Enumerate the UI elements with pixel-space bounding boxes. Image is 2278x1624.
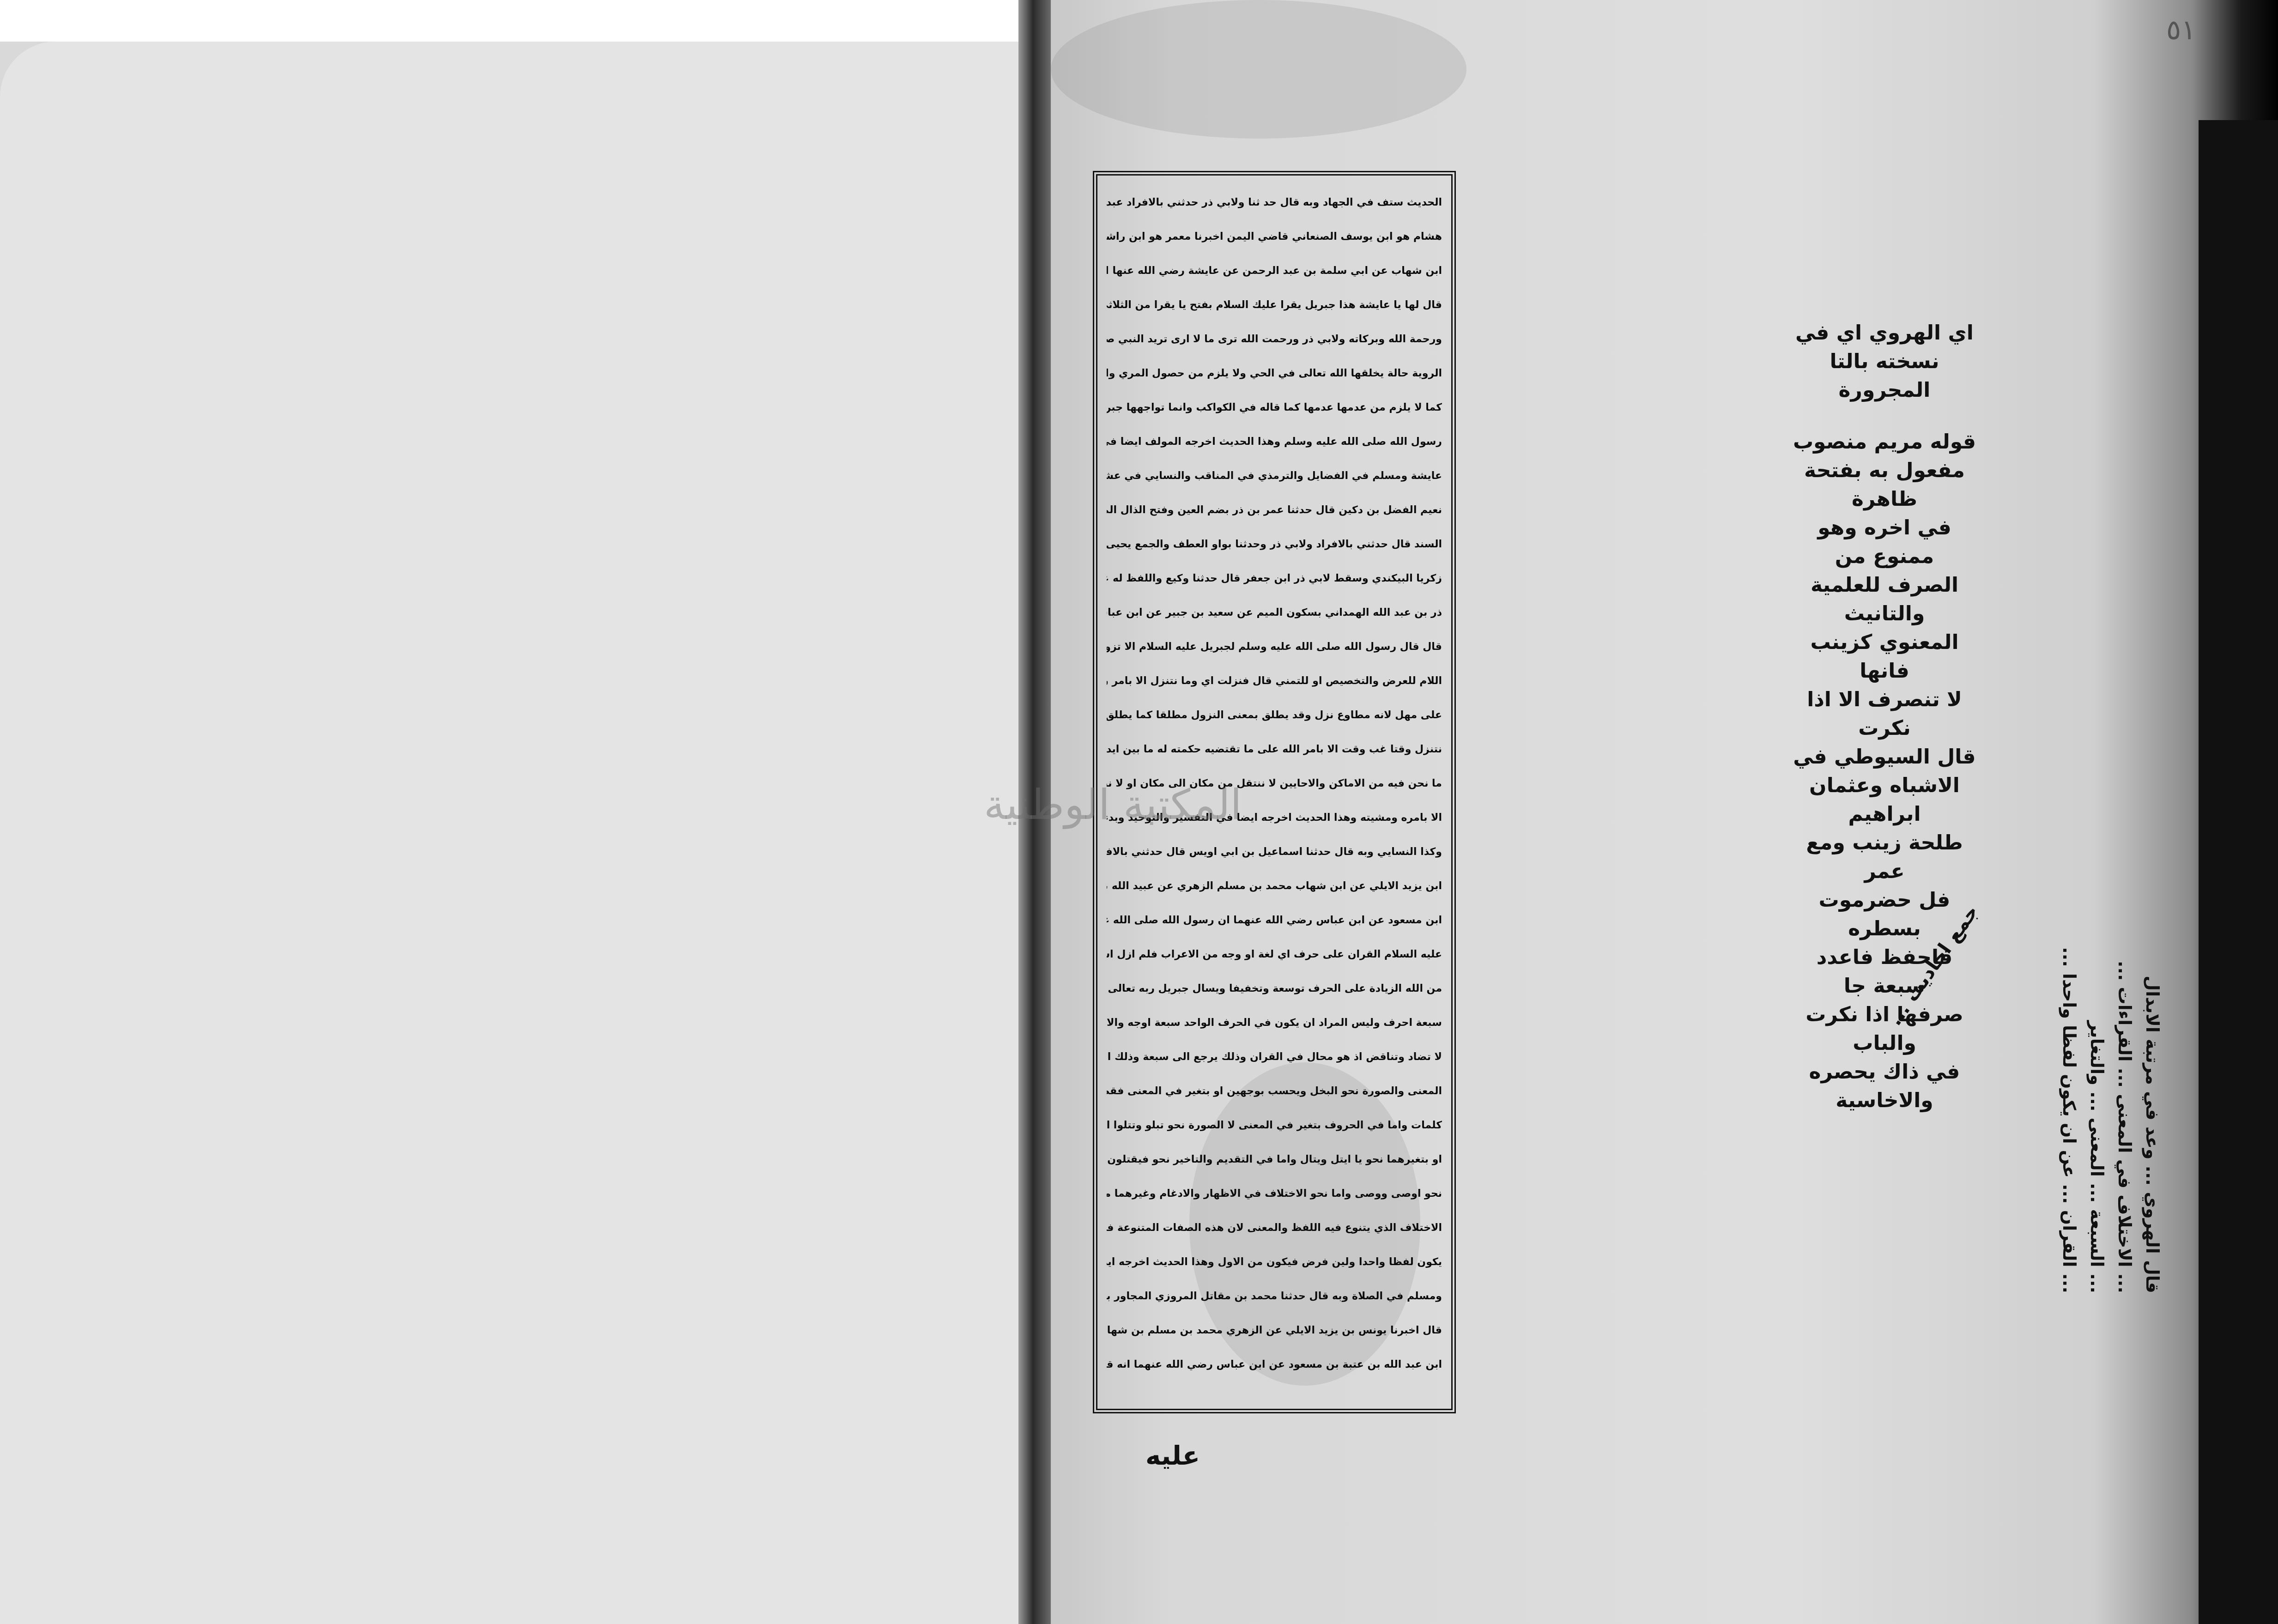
margin-note-line: والاخاسية <box>1792 1086 1977 1115</box>
text-line: من الله الزيادة على الحرف توسعة وتخفيفا … <box>1107 972 1442 1006</box>
text-line: الحديث ستف في الجهاد وبه قال حد ثنا ولاب… <box>1107 186 1442 220</box>
margin-note-line: نسخته بالتا المجرورة <box>1792 347 1977 405</box>
rotated-note-line: ... السبعة ... المعنى ... والتغاير <box>2083 600 2111 1293</box>
text-line: نعيم الفضل بن دكين قال حدثنا عمر بن ذر ب… <box>1107 493 1442 527</box>
text-line: يكون لفظا واحدا ولين فرض فيكون من الاول … <box>1107 1245 1442 1279</box>
text-line: قال لها يا عايشة هذا جبريل يقرا عليك الس… <box>1107 288 1442 322</box>
margin-note-line: مفعول به بفتحة ظاهرة <box>1792 456 1977 514</box>
catchword: عليه <box>1145 1441 1200 1471</box>
text-line: زكريا البيكندي وسقط لابي ذر ابن جعفر قال… <box>1107 562 1442 596</box>
left-page-blank <box>0 42 1021 1624</box>
text-line: ذر بن عبد الله الهمداني بسكون الميم عن س… <box>1107 596 1442 630</box>
margin-note-line: في ذاك يحصره <box>1792 1058 1977 1086</box>
text-line: اللام للعرض والتخصيص او للتمني قال فنزلت… <box>1107 664 1442 698</box>
text-line: لا تضاد وتناقض اذ هو محال في القران وذلك… <box>1107 1040 1442 1074</box>
library-watermark: المكتبة الوطنية <box>984 781 1242 829</box>
text-line: الروية حالة يخلقها الله تعالى في الحي ول… <box>1107 357 1442 391</box>
margin-note-gap <box>1792 405 1977 428</box>
text-line: كلمات واما في الحروف بتغير في المعنى لا … <box>1107 1109 1442 1143</box>
text-line: وكذا النسايي وبه قال حدثنا اسماعيل بن اب… <box>1107 835 1442 869</box>
text-line: قال اخبرنا يونس بن يزيد الايلي عن الزهري… <box>1107 1314 1442 1348</box>
rotated-note-line: ... القران ... عن ان يكون لفظا واحدا ... <box>2055 600 2083 1293</box>
folio-number: ٥١ <box>2166 14 2196 46</box>
margin-note-line: قال السيوطي في <box>1792 743 1977 771</box>
text-line: نتنزل وقتا غب وقت الا بامر الله على ما ت… <box>1107 733 1442 767</box>
text-line: هشام هو ابن يوسف الصنعاني قاضي اليمن اخب… <box>1107 220 1442 254</box>
text-line: رسول الله صلى الله عليه وسلم وهذا الحديث… <box>1107 425 1442 459</box>
text-line: ورحمة الله وبركاته ولابي ذر ورحمت الله ت… <box>1107 322 1442 357</box>
text-line: عليه السلام القران على حرف اي لغة او وجه… <box>1107 938 1442 972</box>
margin-note-line: قوله مريم منصوب <box>1792 428 1977 456</box>
text-line: ابن يزيد الايلي عن ابن شهاب محمد بن مسلم… <box>1107 869 1442 903</box>
text-line: الاختلاف الذي يتنوع فيه اللفظ والمعنى لا… <box>1107 1211 1442 1245</box>
margin-note-line: اي الهروي اي في <box>1792 319 1977 347</box>
margin-note: اي الهروي اي فينسخته بالتا المجرورةقوله … <box>1792 319 1977 1115</box>
text-line: المعنى والصورة نحو البخل ويحسب بوجهين او… <box>1107 1074 1442 1109</box>
text-line: السند قال حدثني بالافراد ولابي ذر وحدثنا… <box>1107 527 1442 562</box>
margin-note-line: الصرف للعلمية والتانيث <box>1792 571 1977 628</box>
page-edge-shadow <box>2199 120 2278 1624</box>
rotated-note-line: قال الهروي ... وعد في مرتبة الابدال <box>2139 600 2166 1293</box>
text-line: ومسلم في الصلاة وبه قال حدثنا محمد بن مق… <box>1107 1279 1442 1314</box>
text-line: سبعة احرف وليس المراد ان يكون في الحرف ا… <box>1107 1006 1442 1040</box>
text-line: ابن مسعود عن ابن عباس رضي الله عنهما ان … <box>1107 903 1442 938</box>
margin-note-line: المعنوي كزينب فانها <box>1792 628 1977 685</box>
water-stain <box>1051 0 1466 139</box>
text-line: كما لا يلزم من عدمها عدمها كما قاله في ا… <box>1107 391 1442 425</box>
text-line: على مهل لانه مطاوع نزل وقد يطلق بمعنى ال… <box>1107 698 1442 733</box>
text-line: او بتغيرهما نحو يا ايتل ويتال واما في ال… <box>1107 1143 1442 1177</box>
scan-background-top <box>0 0 1021 42</box>
text-line: ابن شهاب عن ابي سلمة بن عبد الرحمن عن عا… <box>1107 254 1442 288</box>
margin-note-line: في اخره وهو ممنوع من <box>1792 514 1977 571</box>
margin-note-line: لا تنصرف الا اذا نكرت <box>1792 685 1977 743</box>
text-line: نحو اوصى ووصى واما نحو الاختلاف في الاظه… <box>1107 1177 1442 1211</box>
margin-note-line: الاشباه وعثمان ابراهيم <box>1792 771 1977 829</box>
rotated-note-line: ... الاختلاف في المعنى ... القراءات ... <box>2111 600 2139 1293</box>
margin-note-line: طلحة زينب ومع عمر <box>1792 829 1977 886</box>
text-line: عايشة ومسلم في الفضايل والترمذي في المنا… <box>1107 459 1442 493</box>
text-line: قال قال رسول الله صلى الله عليه وسلم لجب… <box>1107 630 1442 664</box>
text-line: ابن عبد الله بن عتبة بن مسعود عن ابن عبا… <box>1107 1348 1442 1382</box>
rotated-margin-notes: قال الهروي ... وعد في مرتبة الابدال... ا… <box>2000 600 2166 1293</box>
